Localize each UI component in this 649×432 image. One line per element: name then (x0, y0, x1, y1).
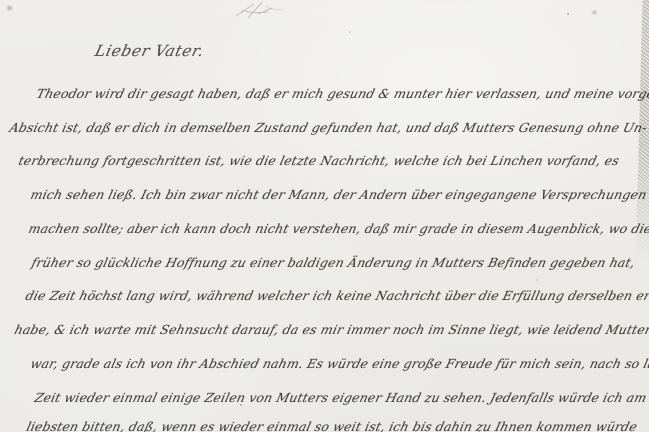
handwritten-line: Theodor wird dir gesagt haben, daß er mi… (35, 86, 649, 101)
handwritten-line: die Zeit höchst lang wird, während welch… (24, 288, 649, 303)
pencil-smudge (5, 5, 14, 11)
ink-fleck (349, 31, 351, 33)
handwritten-line: Absicht ist, daß er dich in demselben Zu… (8, 120, 649, 135)
handwritten-line: war, grade als ich von ihr Abschied nahm… (29, 356, 649, 371)
handwritten-line: terbrechung fortgeschritten ist, wie die… (17, 153, 621, 168)
ink-fleck (536, 279, 538, 281)
handwritten-line: Zeit wieder einmal einige Zeilen von Mut… (33, 390, 648, 405)
ink-fleck (567, 13, 569, 15)
pencil-scribble (228, 0, 300, 22)
handwritten-line: habe, & ich warte mit Sehnsucht darauf, … (13, 322, 649, 337)
handwritten-line: früher so glückliche Hoffnung zu einer b… (30, 255, 637, 270)
letter-scan-page: Lieber Vater. Theodor wird dir gesagt ha… (0, 0, 649, 432)
salutation: Lieber Vater. (93, 42, 206, 60)
handwritten-line-cropped: liebsten bitten, daß, wenn es wieder ein… (25, 419, 639, 432)
handwritten-line: mich sehen ließ. Ich bin zwar nicht der … (29, 187, 648, 202)
handwritten-line: machen sollte; aber ich kann doch nicht … (27, 221, 649, 236)
pencil-smudge (591, 10, 598, 15)
